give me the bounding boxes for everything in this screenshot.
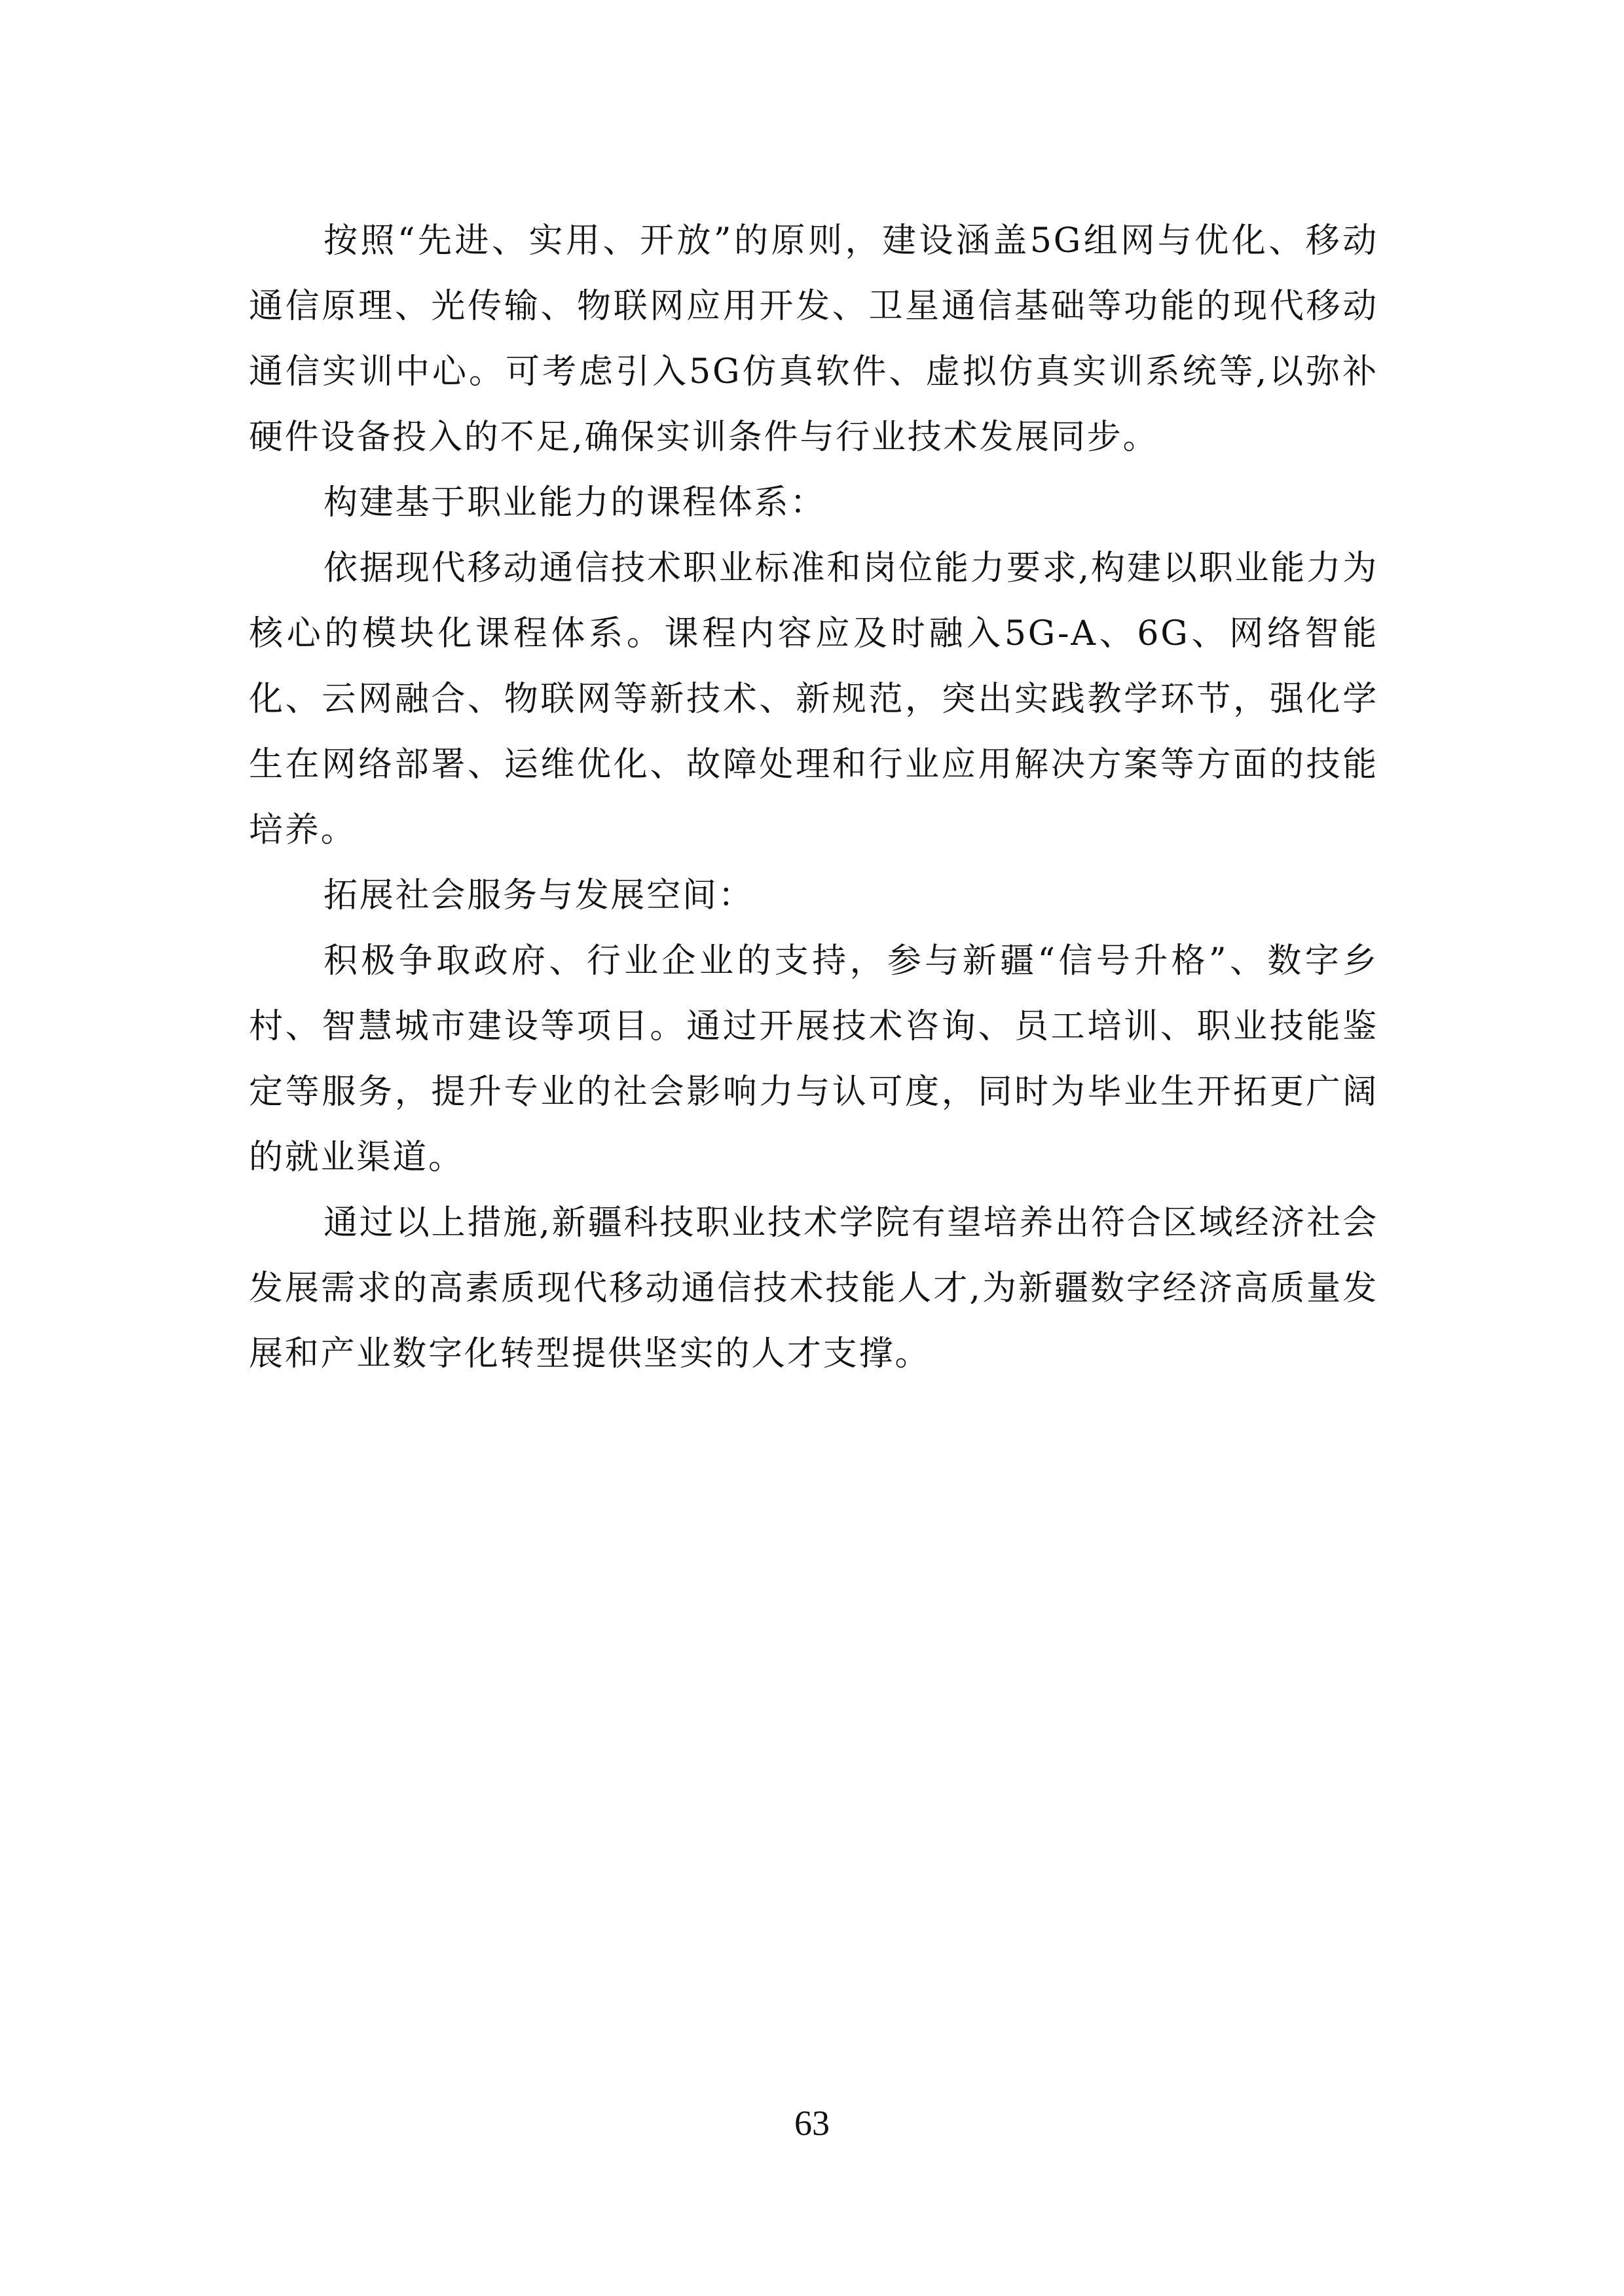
heading-social-service: 拓展社会服务与发展空间：	[249, 863, 1378, 928]
paragraph-curriculum-system: 依据现代移动通信技术职业标准和岗位能力要求,构建以职业能力为核心的模块化课程体系…	[249, 536, 1378, 863]
paragraph-training-center: 按照“先进、实用、开放”的原则，建设涵盖5G组网与优化、移动通信原理、光传输、物…	[249, 208, 1378, 470]
heading-curriculum-system: 构建基于职业能力的课程体系：	[249, 470, 1378, 536]
paragraph-conclusion: 通过以上措施,新疆科技职业技术学院有望培养出符合区域经济社会发展需求的高素质现代…	[249, 1190, 1378, 1387]
body-text: 按照“先进、实用、开放”的原则，建设涵盖5G组网与优化、移动通信原理、光传输、物…	[249, 208, 1378, 1387]
page-number: 63	[0, 2103, 1624, 2143]
paragraph-social-service: 积极争取政府、行业企业的支持，参与新疆“信号升格”、数字乡村、智慧城市建设等项目…	[249, 928, 1378, 1190]
document-page: 按照“先进、实用、开放”的原则，建设涵盖5G组网与优化、移动通信原理、光传输、物…	[0, 0, 1624, 2296]
